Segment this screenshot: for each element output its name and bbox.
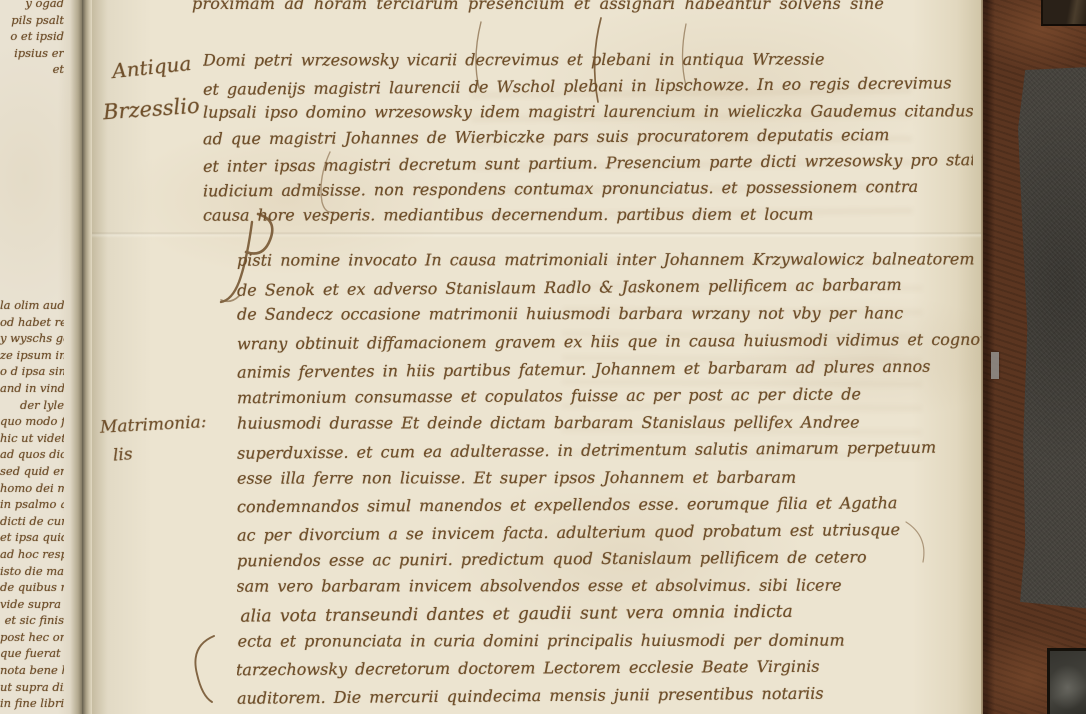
manuscript-text-line: isto die mand <box>0 563 64 580</box>
manuscript-text-line: que fuerat ibi <box>0 645 64 662</box>
clasp-plate-bottom <box>1047 648 1086 714</box>
manuscript-text-line: dicti de curia <box>0 513 64 530</box>
manuscript-text-line: nota bene hic <box>0 662 64 679</box>
manuscript-text-line: ut supra dixi <box>0 679 64 696</box>
manuscript-text-line: od habet ret emy <box>0 314 64 331</box>
manuscript-text-line: quo modo fiat <box>0 413 64 430</box>
manuscript-text-line: sed quid erit <box>0 463 64 480</box>
manuscript-text-line: homo dei mand <box>0 480 64 497</box>
manuscript-text-line: in fine libri <box>0 695 64 712</box>
manuscript-text-line: y wyschs gestend <box>0 330 64 347</box>
manuscript-text-line: esse illa ferre non licuisse. Et super i… <box>237 463 982 492</box>
manuscript-text-line: de quibus not <box>0 579 64 596</box>
page-marker-tab <box>991 352 999 379</box>
facing-page-edge: y ogadpils psalto et ipsidipsius eret la… <box>0 0 82 714</box>
manuscript-text-line: matrimonium consumasse et copulatos fuis… <box>237 380 982 412</box>
manuscript-photo: y ogadpils psalto et ipsidipsius eret la… <box>0 0 1086 714</box>
page-gutter-fold <box>82 0 92 714</box>
manuscript-text-line: post hec omnia <box>0 629 64 646</box>
manuscript-text-line: de Sandecz occasione matrimonii huiusmod… <box>237 300 982 329</box>
top-partial-line: proximam ad horam terciarum presencium e… <box>192 0 884 13</box>
margin-note-matrimonialis-2: lis <box>112 444 133 465</box>
facing-page-text-top: y ogadpils psalto et ipsidipsius eret <box>0 0 64 78</box>
manuscript-text-line: and in vindemiand <box>0 380 64 397</box>
manuscript-text-line: puniendos esse ac puniri. predictum quod… <box>237 543 982 575</box>
facing-page-text-bottom: la olim auditod habet ret emyy wyschs ge… <box>0 297 64 712</box>
entry-antiqua-brzesslio-text: Domi petri wrzesowsky vicarii decrevimus… <box>203 47 973 228</box>
manuscript-text-line: ad quos dicit <box>0 446 64 463</box>
entry-matrimonialis-text: pisti nomine invocato In causa matrimoni… <box>237 246 982 708</box>
manuscript-text-line: in psalmo quod <box>0 496 64 513</box>
manuscript-text-line: ze ipsum in plad <box>0 347 64 364</box>
manuscript-text-line: et ipsa quidem <box>0 529 64 546</box>
manuscript-text-line: vide supra quod <box>0 596 64 613</box>
clasp-plate-top <box>1041 0 1086 26</box>
manuscript-text-line: et sic finis <box>0 612 64 629</box>
manuscript-text-line: hic ut videt <box>0 430 64 447</box>
manuscript-text-line: la olim audit <box>0 297 64 314</box>
manuscript-text-line: auditorem. Die mercurii quindecima mensi… <box>237 678 982 708</box>
manuscript-text-line: superduxisse. et cum ea adulterasse. in … <box>237 434 982 468</box>
manuscript-text-line: causa hore vesperis. mediantibus decerne… <box>203 201 973 227</box>
manuscript-text-line: lupsali ipso domino wrzesowsky idem magi… <box>203 98 973 125</box>
manuscript-text-line: pils psalt <box>0 12 64 29</box>
manuscript-text-line: iudicium admisisse. non respondens contu… <box>203 174 973 205</box>
manuscript-text-line: o d ipsa simul ny <box>0 363 64 380</box>
manuscript-text-line: ad hoc respond <box>0 546 64 563</box>
manuscript-text-line: der lyle <box>0 397 64 414</box>
manuscript-text-line: o et ipsid <box>0 28 64 45</box>
manuscript-text-line: et <box>0 61 64 78</box>
manuscript-text-line: huiusmodi durasse Et deinde dictam barba… <box>237 409 982 438</box>
manuscript-text-line: pisti nomine invocato In causa matrimoni… <box>237 246 982 274</box>
manuscript-text-line: y ogad <box>0 0 64 12</box>
manuscript-text-line: ipsius er <box>0 45 64 62</box>
manuscript-text-line: Domi petri wrzesowsky vicarii decrevimus… <box>203 47 973 73</box>
manuscript-text-line: ipsam vero barbaram invicem absolvendos … <box>237 572 982 601</box>
manuscript-text-line: Lecta et pronunciata in curia domini pri… <box>237 626 982 655</box>
